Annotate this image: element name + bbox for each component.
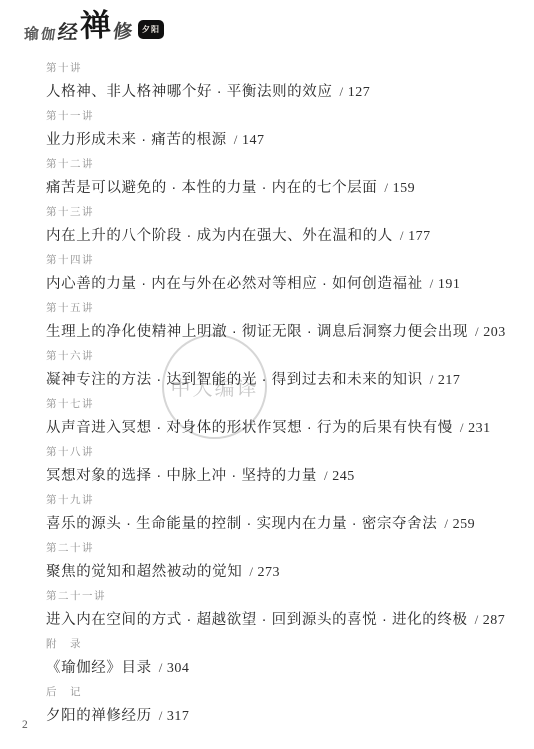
page-separator: / xyxy=(430,276,434,291)
table-of-contents: 第十讲 人格神、非人格神哪个好 · 平衡法则的效应/127 第十一讲 业力形成未… xyxy=(46,63,506,735)
toc-entry: 第十一讲 业力形成未来 · 痛苦的根源/147 xyxy=(46,111,506,149)
page-ref: 287 xyxy=(483,613,506,628)
chapter-title-text: 从声音进入冥想 · 对身体的形状作冥想 · 行为的后果有快有慢 xyxy=(46,420,453,436)
page-separator: / xyxy=(159,660,163,675)
chapter-label: 第十六讲 xyxy=(46,351,506,363)
page-separator: / xyxy=(384,180,388,195)
chapter-title-text: 聚焦的觉知和超然被动的觉知 xyxy=(46,564,242,580)
toc-entry: 第十七讲 从声音进入冥想 · 对身体的形状作冥想 · 行为的后果有快有慢/231 xyxy=(46,399,506,437)
page-separator: / xyxy=(249,564,253,579)
chapter-title-text: 进入内在空间的方式 · 超越欲望 · 回到源头的喜悦 · 进化的终极 xyxy=(46,612,468,628)
toc-entry: 第十二讲 痛苦是可以避免的 · 本性的力量 · 内在的七个层面/159 xyxy=(46,159,506,197)
page-ref: 191 xyxy=(438,277,461,292)
logo-char: 瑜 xyxy=(24,26,39,43)
chapter-label: 第十一讲 xyxy=(46,111,506,123)
chapter-title-text: 喜乐的源头 · 生命能量的控制 · 实现内在力量 · 密宗夺舍法 xyxy=(46,516,437,532)
toc-entry: 第十六讲 凝神专注的方法 · 达到智能的光 · 得到过去和未来的知识/217 xyxy=(46,351,506,389)
chapter-title-text: 内心善的力量 · 内在与外在必然对等相应 · 如何创造福祉 xyxy=(46,276,423,292)
logo-char: 禅 xyxy=(79,10,111,42)
toc-entry: 第十讲 人格神、非人格神哪个好 · 平衡法则的效应/127 xyxy=(46,63,506,101)
logo-char: 修 xyxy=(112,23,134,43)
chapter-title: 痛苦是可以避免的 · 本性的力量 · 内在的七个层面/159 xyxy=(46,179,506,197)
chapter-label: 第十二讲 xyxy=(46,159,506,171)
page-ref: 147 xyxy=(242,133,265,148)
logo-char: 经 xyxy=(57,22,80,42)
page-ref: 177 xyxy=(408,229,431,244)
chapter-title-text: 凝神专注的方法 · 达到智能的光 · 得到过去和未来的知识 xyxy=(46,372,423,388)
chapter-title: 生理上的净化使精神上明澈 · 彻证无限 · 调息后洞察力便会出现/203 xyxy=(46,323,506,341)
chapter-title: 《瑜伽经》目录/304 xyxy=(46,659,506,677)
page-separator: / xyxy=(460,420,464,435)
chapter-title: 冥想对象的选择 · 中脉上冲 · 坚持的力量/245 xyxy=(46,467,506,485)
chapter-label: 第二十讲 xyxy=(46,543,506,555)
chapter-label: 第二十一讲 xyxy=(46,591,506,603)
page-separator: / xyxy=(430,372,434,387)
page-ref: 231 xyxy=(468,421,491,436)
chapter-label: 第十四讲 xyxy=(46,255,506,267)
page-ref: 217 xyxy=(438,373,461,388)
page-separator: / xyxy=(444,516,448,531)
chapter-title: 进入内在空间的方式 · 超越欲望 · 回到源头的喜悦 · 进化的终极/287 xyxy=(46,611,506,629)
page-ref: 317 xyxy=(167,709,190,724)
folio-page-number: 2 xyxy=(22,719,28,731)
chapter-title-text: 生理上的净化使精神上明澈 · 彻证无限 · 调息后洞察力便会出现 xyxy=(46,324,468,340)
page-separator: / xyxy=(475,324,479,339)
chapter-title: 聚焦的觉知和超然被动的觉知/273 xyxy=(46,563,506,581)
page-ref: 203 xyxy=(483,325,506,340)
chapter-title: 人格神、非人格神哪个好 · 平衡法则的效应/127 xyxy=(46,83,506,101)
chapter-label: 后 记 xyxy=(46,687,506,699)
toc-entry-appendix: 附 录 《瑜伽经》目录/304 xyxy=(46,639,506,677)
chapter-label: 第十七讲 xyxy=(46,399,506,411)
chapter-label: 附 录 xyxy=(46,639,506,651)
chapter-title-text: 夕阳的禅修经历 xyxy=(46,708,152,724)
chapter-title: 内在上升的八个阶段 · 成为内在强大、外在温和的人/177 xyxy=(46,227,506,245)
page-separator: / xyxy=(400,228,404,243)
toc-entry: 第十八讲 冥想对象的选择 · 中脉上冲 · 坚持的力量/245 xyxy=(46,447,506,485)
chapter-title-text: 人格神、非人格神哪个好 · 平衡法则的效应 xyxy=(46,84,332,100)
page-separator: / xyxy=(159,708,163,723)
toc-entry-postscript: 后 记 夕阳的禅修经历/317 xyxy=(46,687,506,725)
chapter-title: 喜乐的源头 · 生命能量的控制 · 实现内在力量 · 密宗夺舍法/259 xyxy=(46,515,506,533)
page-separator: / xyxy=(234,132,238,147)
toc-entry: 第二十一讲 进入内在空间的方式 · 超越欲望 · 回到源头的喜悦 · 进化的终极… xyxy=(46,591,506,629)
chapter-title: 凝神专注的方法 · 达到智能的光 · 得到过去和未来的知识/217 xyxy=(46,371,506,389)
page-separator: / xyxy=(475,612,479,627)
chapter-title: 业力形成未来 · 痛苦的根源/147 xyxy=(46,131,506,149)
book-logo: 瑜 伽 经 禅 修 夕阳 xyxy=(24,11,164,42)
page-separator: / xyxy=(339,84,343,99)
chapter-title-text: 冥想对象的选择 · 中脉上冲 · 坚持的力量 xyxy=(46,468,317,484)
chapter-label: 第十八讲 xyxy=(46,447,506,459)
toc-entry: 第十三讲 内在上升的八个阶段 · 成为内在强大、外在温和的人/177 xyxy=(46,207,506,245)
chapter-label: 第十五讲 xyxy=(46,303,506,315)
chapter-label: 第十九讲 xyxy=(46,495,506,507)
page-ref: 127 xyxy=(348,85,371,100)
page-separator: / xyxy=(324,468,328,483)
toc-entry: 第十九讲 喜乐的源头 · 生命能量的控制 · 实现内在力量 · 密宗夺舍法/25… xyxy=(46,495,506,533)
chapter-title-text: 内在上升的八个阶段 · 成为内在强大、外在温和的人 xyxy=(46,228,393,244)
page-ref: 304 xyxy=(167,661,190,676)
chapter-label: 第十讲 xyxy=(46,63,506,75)
page-ref: 245 xyxy=(332,469,355,484)
logo-char: 伽 xyxy=(40,28,56,43)
chapter-title-text: 《瑜伽经》目录 xyxy=(46,660,152,676)
chapter-title: 夕阳的禅修经历/317 xyxy=(46,707,506,725)
chapter-label: 第十三讲 xyxy=(46,207,506,219)
page-ref: 273 xyxy=(258,565,281,580)
toc-entry: 第十五讲 生理上的净化使精神上明澈 · 彻证无限 · 调息后洞察力便会出现/20… xyxy=(46,303,506,341)
toc-entry: 第二十讲 聚焦的觉知和超然被动的觉知/273 xyxy=(46,543,506,581)
chapter-title-text: 痛苦是可以避免的 · 本性的力量 · 内在的七个层面 xyxy=(46,180,377,196)
page-ref: 159 xyxy=(393,181,416,196)
chapter-title-text: 业力形成未来 · 痛苦的根源 xyxy=(46,132,227,148)
chapter-title: 从声音进入冥想 · 对身体的形状作冥想 · 行为的后果有快有慢/231 xyxy=(46,419,506,437)
page-ref: 259 xyxy=(453,517,476,532)
chapter-title: 内心善的力量 · 内在与外在必然对等相应 · 如何创造福祉/191 xyxy=(46,275,506,293)
toc-entry: 第十四讲 内心善的力量 · 内在与外在必然对等相应 · 如何创造福祉/191 xyxy=(46,255,506,293)
seal-stamp: 夕阳 xyxy=(138,20,164,39)
